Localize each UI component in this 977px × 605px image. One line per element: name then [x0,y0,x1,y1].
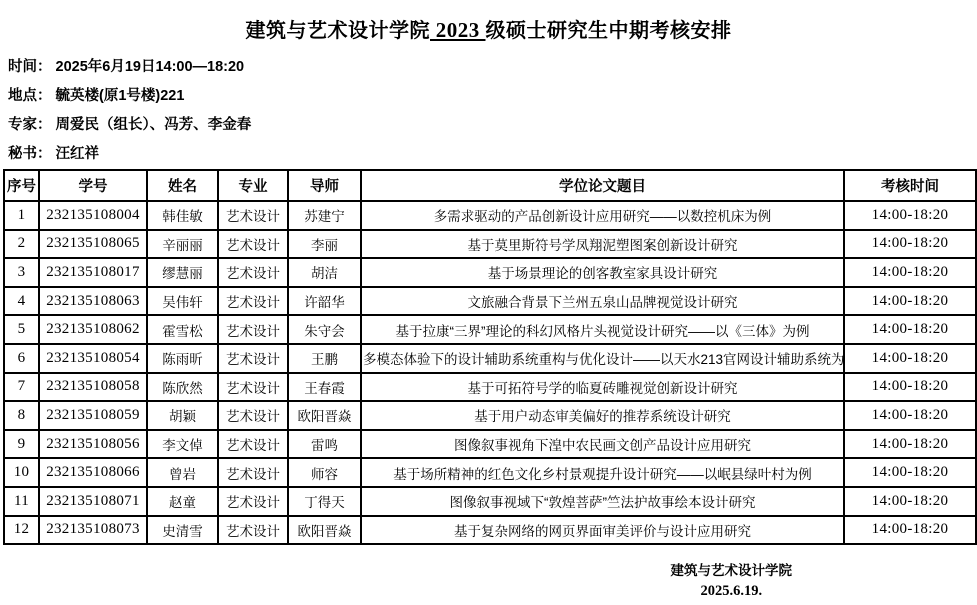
cell-assessment-time: 14:00-18:20 [844,315,976,344]
cell-index: 11 [4,487,39,516]
table-row: 10232135108066曾岩艺术设计师容基于场所精神的红色文化乡村景观提升设… [4,458,976,487]
column-header-assessment-time: 考核时间 [844,170,976,201]
cell-major: 艺术设计 [218,258,288,287]
cell-thesis-title: 基于用户动态审美偏好的推荐系统设计研究 [361,401,844,430]
cell-assessment-time: 14:00-18:20 [844,287,976,316]
table-row: 3232135108017缪慧丽艺术设计胡洁基于场景理论的创客教室家具设计研究1… [4,258,976,287]
table-row: 5232135108062霍雪松艺术设计朱守会基于拉康“三界”理论的科幻风格片头… [4,315,976,344]
cell-assessment-time: 14:00-18:20 [844,516,976,545]
cell-major: 艺术设计 [218,201,288,230]
table-row: 8232135108059胡颖艺术设计欧阳晋焱基于用户动态审美偏好的推荐系统设计… [4,401,976,430]
signature-org: 建筑与艺术设计学院 [671,561,793,581]
cell-thesis-title: 基于场景理论的创客教室家具设计研究 [361,258,844,287]
cell-supervisor: 欧阳晋焱 [288,516,361,545]
cell-major: 艺术设计 [218,516,288,545]
info-line-location: 地点：毓英楼(原1号楼)221 [8,82,977,111]
cell-name: 李文倬 [147,430,218,459]
table-row: 1232135108004韩佳敏艺术设计苏建宁多需求驱动的产品创新设计应用研究—… [4,201,976,230]
document-page: 建筑与艺术设计学院 2023 级硕士研究生中期考核安排 时间：2025年6月19… [0,0,977,605]
cell-name: 辛丽丽 [147,230,218,259]
cell-major: 艺术设计 [218,287,288,316]
info-label-secretary: 秘书： [8,146,52,162]
cell-name: 史清雪 [147,516,218,545]
cell-thesis-title: 基于莫里斯符号学凤翔泥塑图案创新设计研究 [361,230,844,259]
cell-supervisor: 雷鸣 [288,430,361,459]
cell-major: 艺术设计 [218,315,288,344]
cell-index: 4 [4,287,39,316]
column-header-major: 专业 [218,170,288,201]
cell-name: 陈雨昕 [147,344,218,373]
cell-thesis-title: 基于拉康“三界”理论的科幻风格片头视觉设计研究——以《三体》为例 [361,315,844,344]
cell-supervisor: 欧阳晋焱 [288,401,361,430]
assessment-table-body: 1232135108004韩佳敏艺术设计苏建宁多需求驱动的产品创新设计应用研究—… [4,201,976,544]
cell-student-id: 232135108058 [39,373,147,402]
table-header-row: 序号学号姓名专业导师学位论文题目考核时间 [4,170,976,201]
cell-index: 5 [4,315,39,344]
cell-assessment-time: 14:00-18:20 [844,201,976,230]
cell-name: 赵童 [147,487,218,516]
table-row: 4232135108063吴伟轩艺术设计许韶华文旅融合背景下兰州五泉山品牌视觉设… [4,287,976,316]
table-row: 7232135108058陈欣然艺术设计王春霞基于可拓符号学的临夏砖雕视觉创新设… [4,373,976,402]
cell-major: 艺术设计 [218,401,288,430]
cell-assessment-time: 14:00-18:20 [844,258,976,287]
cell-thesis-title: 多模态体验下的设计辅助系统重构与优化设计——以天水213官网设计辅助系统为例 [361,344,844,373]
cell-supervisor: 王鹏 [288,344,361,373]
cell-index: 1 [4,201,39,230]
cell-index: 10 [4,458,39,487]
cell-student-id: 232135108004 [39,201,147,230]
cell-index: 7 [4,373,39,402]
cell-student-id: 232135108065 [39,230,147,259]
cell-major: 艺术设计 [218,373,288,402]
cell-thesis-title: 基于场所精神的红色文化乡村景观提升设计研究——以岷县绿叶村为例 [361,458,844,487]
cell-index: 6 [4,344,39,373]
cell-student-id: 232135108071 [39,487,147,516]
cell-assessment-time: 14:00-18:20 [844,373,976,402]
signature-date: 2025.6.19. [671,581,793,601]
cell-major: 艺术设计 [218,487,288,516]
cell-thesis-title: 图像叙事视角下湟中农民画文创产品设计应用研究 [361,430,844,459]
cell-major: 艺术设计 [218,458,288,487]
cell-name: 吴伟轩 [147,287,218,316]
column-header-name: 姓名 [147,170,218,201]
column-header-thesis-title: 学位论文题目 [361,170,844,201]
cell-supervisor: 丁得天 [288,487,361,516]
cell-thesis-title: 基于可拓符号学的临夏砖雕视觉创新设计研究 [361,373,844,402]
cell-major: 艺术设计 [218,430,288,459]
header-info-list: 时间：2025年6月19日14:00—18:20 地点：毓英楼(原1号楼)221… [8,53,977,169]
info-value-time: 2025年6月19日14:00—18:20 [56,59,245,75]
cell-name: 陈欣然 [147,373,218,402]
cell-assessment-time: 14:00-18:20 [844,401,976,430]
cell-index: 9 [4,430,39,459]
info-value-location: 毓英楼(原1号楼)221 [56,88,185,104]
cell-student-id: 232135108017 [39,258,147,287]
cell-assessment-time: 14:00-18:20 [844,458,976,487]
cell-assessment-time: 14:00-18:20 [844,487,976,516]
cell-assessment-time: 14:00-18:20 [844,230,976,259]
table-row: 9232135108056李文倬艺术设计雷鸣图像叙事视角下湟中农民画文创产品设计… [4,430,976,459]
cell-supervisor: 王春霞 [288,373,361,402]
title-prefix: 建筑与艺术设计学院 [246,20,431,42]
cell-student-id: 232135108062 [39,315,147,344]
cell-thesis-title: 多需求驱动的产品创新设计应用研究——以数控机床为例 [361,201,844,230]
info-line-experts: 专家：周爱民（组长）、冯芳、李金春 [8,111,977,140]
info-value-secretary: 汪红祥 [56,146,100,162]
cell-major: 艺术设计 [218,344,288,373]
cell-major: 艺术设计 [218,230,288,259]
column-header-index: 序号 [4,170,39,201]
info-line-time: 时间：2025年6月19日14:00—18:20 [8,53,977,82]
cell-thesis-title: 图像叙事视域下“敦煌菩萨”竺法护故事绘本设计研究 [361,487,844,516]
signature-block: 建筑与艺术设计学院 2025.6.19. [671,561,793,601]
cell-index: 2 [4,230,39,259]
cell-student-id: 232135108063 [39,287,147,316]
table-row: 12232135108073史清雪艺术设计欧阳晋焱基于复杂网络的网页界面审美评价… [4,516,976,545]
cell-student-id: 232135108073 [39,516,147,545]
assessment-table-head: 序号学号姓名专业导师学位论文题目考核时间 [4,170,976,201]
cell-supervisor: 苏建宁 [288,201,361,230]
info-label-experts: 专家： [8,117,52,133]
cell-name: 韩佳敏 [147,201,218,230]
cell-student-id: 232135108056 [39,430,147,459]
cell-assessment-time: 14:00-18:20 [844,344,976,373]
info-label-location: 地点： [8,88,52,104]
title-underlined-year: 2023 [430,18,486,42]
cell-thesis-title: 基于复杂网络的网页界面审美评价与设计应用研究 [361,516,844,545]
cell-name: 霍雪松 [147,315,218,344]
cell-index: 12 [4,516,39,545]
table-row: 2232135108065辛丽丽艺术设计李丽基于莫里斯符号学凤翔泥塑图案创新设计… [4,230,976,259]
cell-supervisor: 许韶华 [288,287,361,316]
cell-supervisor: 李丽 [288,230,361,259]
column-header-supervisor: 导师 [288,170,361,201]
info-label-time: 时间： [8,59,52,75]
info-line-secretary: 秘书：汪红祥 [8,140,977,169]
page-title: 建筑与艺术设计学院 2023 级硕士研究生中期考核安排 [0,14,977,43]
cell-student-id: 232135108066 [39,458,147,487]
cell-student-id: 232135108059 [39,401,147,430]
cell-name: 胡颖 [147,401,218,430]
cell-assessment-time: 14:00-18:20 [844,430,976,459]
cell-index: 3 [4,258,39,287]
title-suffix: 级硕士研究生中期考核安排 [486,20,732,42]
cell-supervisor: 师容 [288,458,361,487]
cell-index: 8 [4,401,39,430]
info-value-experts: 周爱民（组长）、冯芳、李金春 [56,117,252,133]
cell-supervisor: 朱守会 [288,315,361,344]
cell-thesis-title: 文旅融合背景下兰州五泉山品牌视觉设计研究 [361,287,844,316]
column-header-student-id: 学号 [39,170,147,201]
table-row: 6232135108054陈雨昕艺术设计王鹏多模态体验下的设计辅助系统重构与优化… [4,344,976,373]
cell-name: 曾岩 [147,458,218,487]
cell-supervisor: 胡洁 [288,258,361,287]
assessment-schedule-table: 序号学号姓名专业导师学位论文题目考核时间 1232135108004韩佳敏艺术设… [3,169,977,545]
cell-name: 缪慧丽 [147,258,218,287]
cell-student-id: 232135108054 [39,344,147,373]
table-row: 11232135108071赵童艺术设计丁得天图像叙事视域下“敦煌菩萨”竺法护故… [4,487,976,516]
